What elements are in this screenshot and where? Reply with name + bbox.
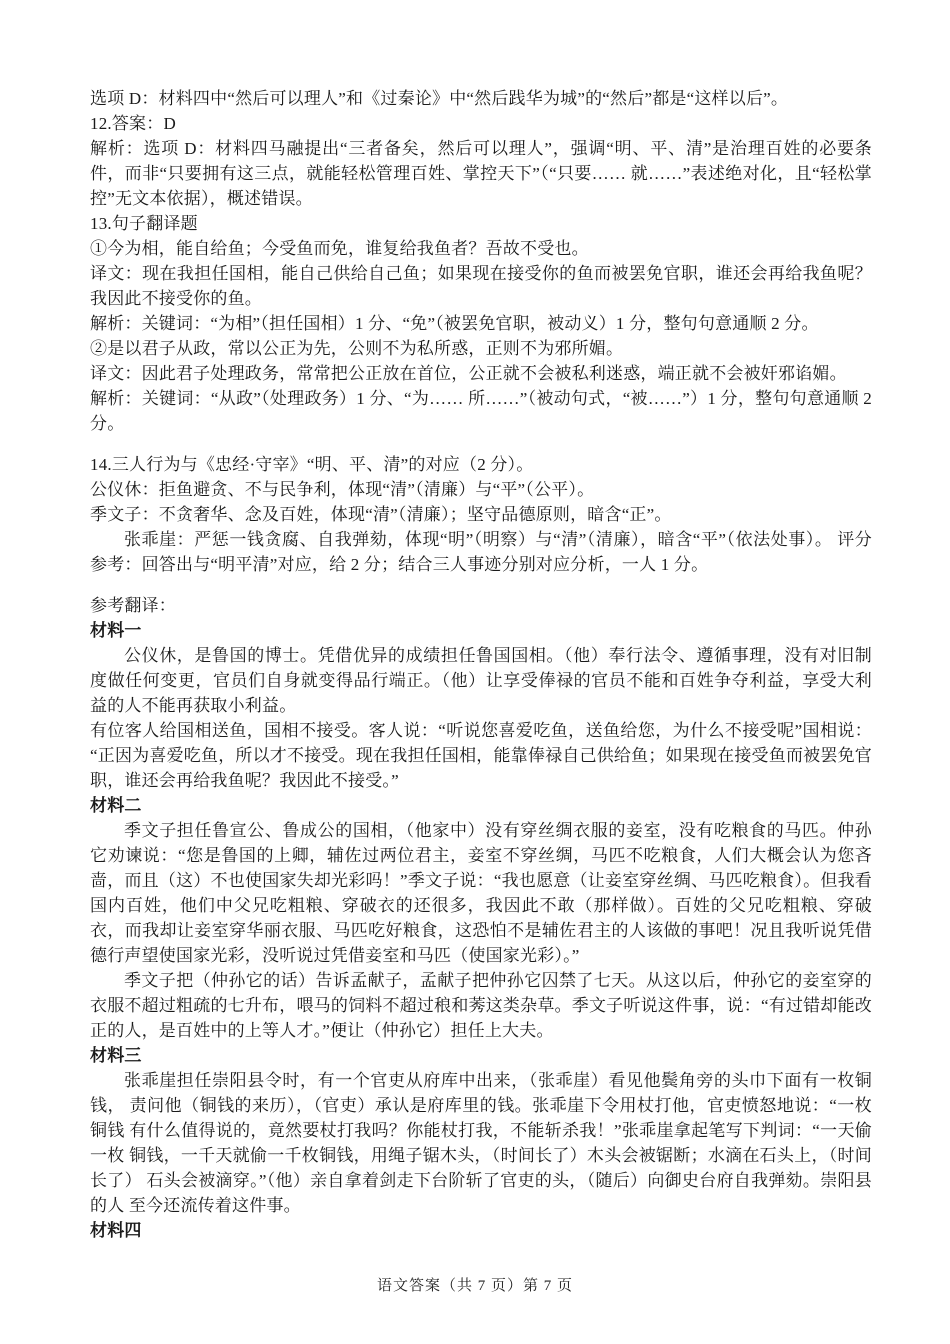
paragraph: 13.句子翻译题 [90,211,872,236]
section-heading: 材料一 [90,618,872,643]
document-body: 选项 D：材料四中“然后可以理人”和《过秦论》中“然后践华为城”的“然后”都是“… [90,86,872,1243]
section-heading: 材料四 [90,1218,872,1243]
section-heading: 材料二 [90,793,872,818]
paragraph: 解析：关键词：“为相”（担任国相）1 分、“免”（被罢免官职，被动义）1 分，整… [90,311,872,336]
paragraph: ②是以君子从政，常以公正为先，公则不为私所惑，正则不为邪所媚。 [90,336,872,361]
paragraph: 季文子：不贪奢华、念及百姓，体现“清”（清廉）；坚守品德原则，暗含“正”。 [90,502,872,527]
paragraph: 解析：选项 D：材料四马融提出“三者备矣，然后可以理人”，强调“明、平、清”是治… [90,136,872,211]
paragraph: 有位客人给国相送鱼，国相不接受。客人说：“听说您喜爱吃鱼，送鱼给您，为什么不接受… [90,718,872,793]
page-footer: 语文答案（共 7 页）第 7 页 [0,1274,950,1295]
paragraph: 公仪休，是鲁国的博士。凭借优异的成绩担任鲁国国相。（他）奉行法令、遵循事理，没有… [90,643,872,718]
paragraph: 解析：关键词：“从政”（处理政务）1 分、“为…… 所……”（被动句式，“被……… [90,386,872,436]
paragraph: 译文：现在我担任国相，能自己供给自己鱼；如果现在接受你的鱼而被罢免官职，谁还会再… [90,261,872,311]
paragraph: 张乖崖：严惩一钱贪腐、自我弹劾，体现“明”（明察）与“清”（清廉），暗含“平”（… [90,527,872,577]
answer-sheet-page: 选项 D：材料四中“然后可以理人”和《过秦论》中“然后践华为城”的“然后”都是“… [0,0,950,1344]
paragraph: 张乖崖担任崇阳县令时，有一个官吏从府库中出来，（张乖崖）看见他鬓角旁的头巾下面有… [90,1068,872,1218]
paragraph: 季文子把（仲孙它的话）告诉孟献子，孟献子把仲孙它囚禁了七天。从这以后，仲孙它的妾… [90,968,872,1043]
paragraph: 公仪休：拒鱼避贪、不与民争利，体现“清”（清廉）与“平”（公平）。 [90,477,872,502]
paragraph: 选项 D：材料四中“然后可以理人”和《过秦论》中“然后践华为城”的“然后”都是“… [90,86,872,111]
paragraph: 季文子担任鲁宣公、鲁成公的国相，（他家中）没有穿丝绸衣服的妾室，没有吃粮食的马匹… [90,818,872,968]
paragraph: 12.答案：D [90,111,872,136]
paragraph: 参考翻译： [90,593,872,618]
paragraph: 译文：因此君子处理政务，常常把公正放在首位，公正就不会被私利迷惑，端正就不会被奸… [90,361,872,386]
section-heading: 材料三 [90,1043,872,1068]
paragraph: 14.三人行为与《忠经·守宰》“明、平、清”的对应（2 分）。 [90,452,872,477]
paragraph: ①今为相，能自给鱼；今受鱼而免，谁复给我鱼者？吾故不受也。 [90,236,872,261]
